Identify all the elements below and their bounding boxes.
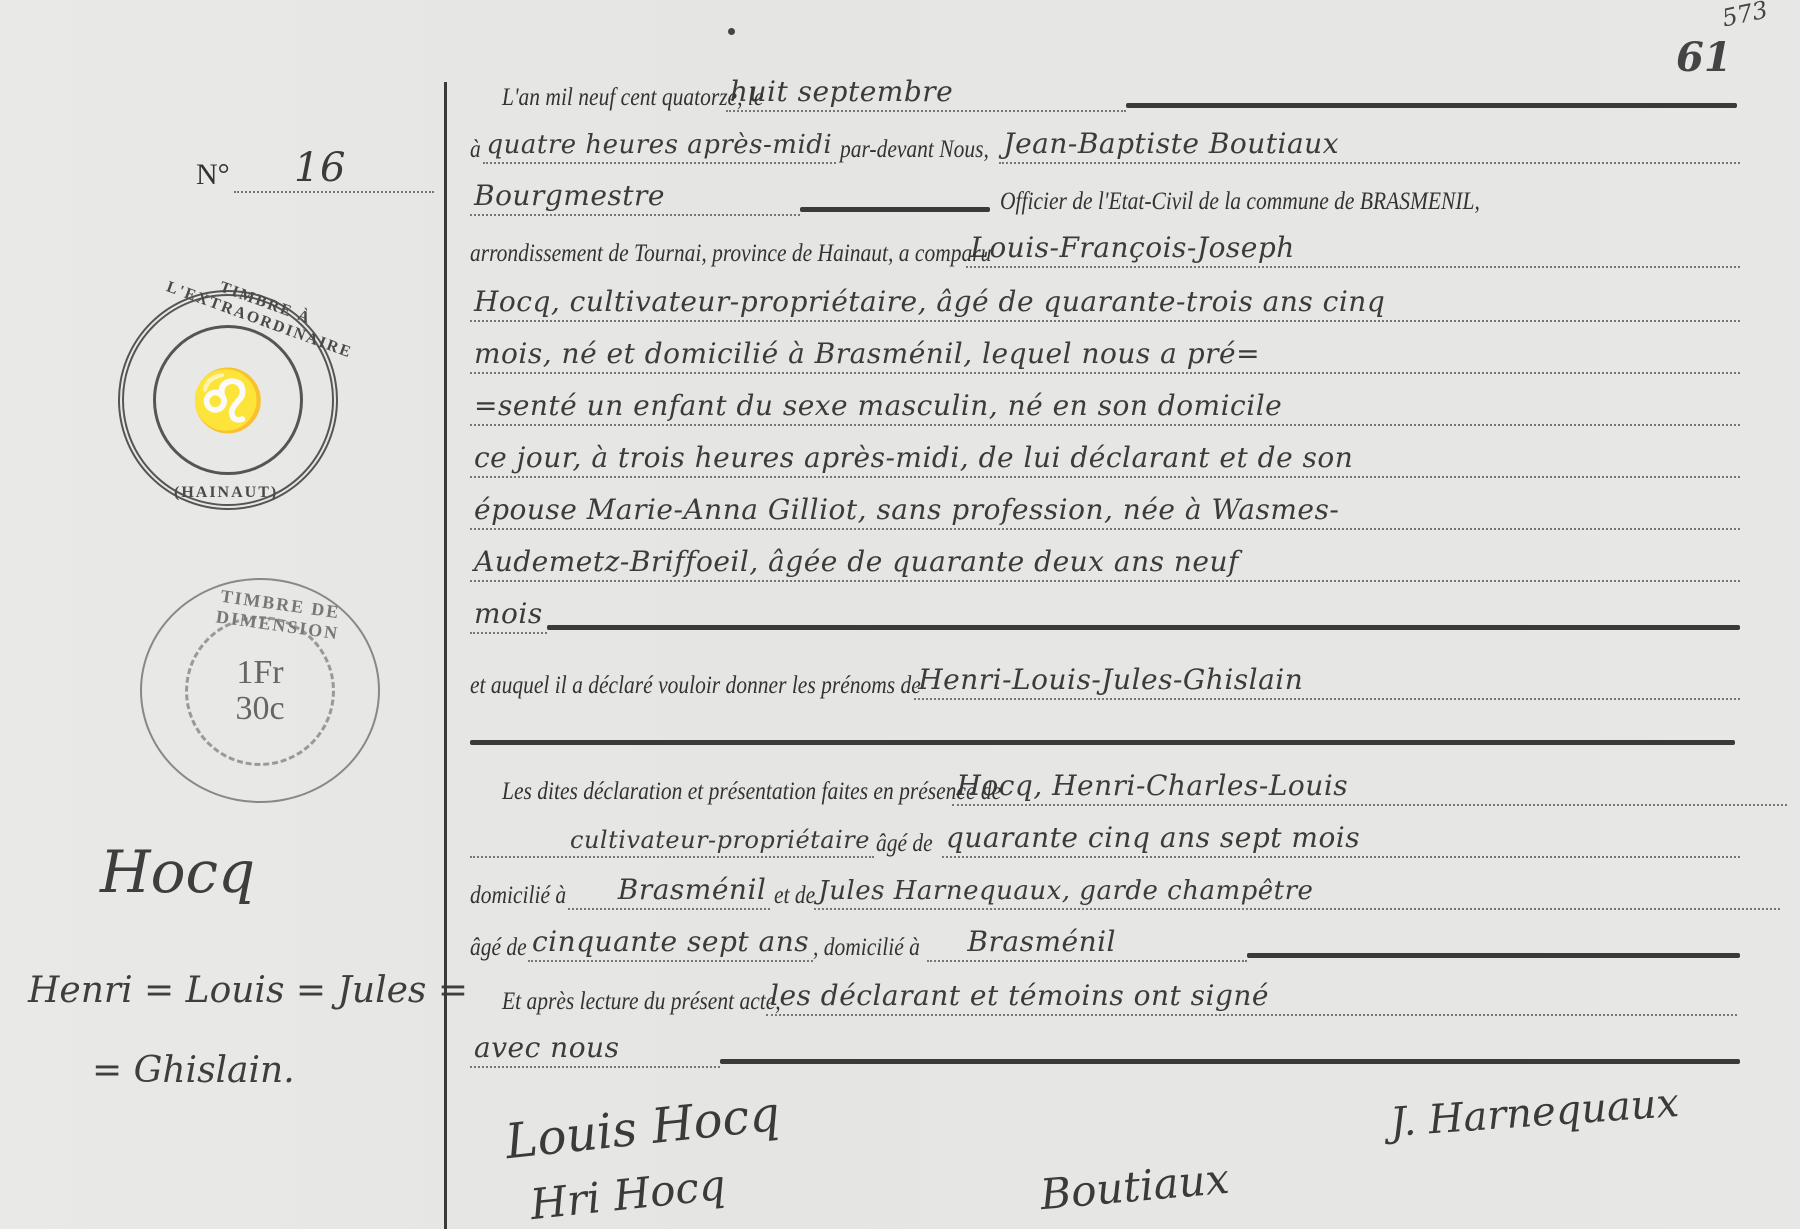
printed-text: L'an mil neuf cent quatorze, le [502, 84, 763, 112]
record-number-label: N° [196, 158, 230, 192]
signature-officer: Boutiaux [1038, 1154, 1231, 1219]
body-line-13: Les dites déclaration et présentation fa… [502, 766, 1787, 806]
seal-bottom-text: (HAINAUT) [174, 484, 278, 502]
margin-given-names-2: = Ghislain. [92, 1050, 295, 1091]
handwritten-text: mois, né et domicilié à Brasménil, leque… [470, 337, 1740, 374]
lion-icon: ♌ [153, 325, 303, 475]
fill-bar [800, 207, 990, 212]
handwritten-text: avec nous [470, 1031, 720, 1068]
body-line-16: âgé de cinquante sept ans , domicilié à … [470, 922, 1740, 962]
body-line-15: domicilié à Brasménil et de Jules Harneq… [470, 870, 1780, 910]
body-line-4: arrondissement de Tournai, province de H… [470, 228, 1740, 268]
handwritten-place: Brasménil [568, 873, 771, 910]
handwritten-age: cinquante sept ans [528, 925, 813, 962]
printed-text: et auquel il a déclaré vouloir donner le… [470, 672, 921, 700]
body-line-5: Hocq, cultivateur-propriétaire, âgé de q… [470, 282, 1740, 322]
body-line-6: mois, né et domicilié à Brasménil, leque… [470, 334, 1740, 374]
fill-bar [547, 625, 1740, 630]
stamp-value-centimes: 30c [235, 691, 284, 727]
handwritten-text: Audemetz-Briffoeil, âgée de quarante deu… [470, 545, 1740, 582]
stamp-value-francs: 1Fr [236, 655, 283, 691]
fill-bar [1247, 953, 1740, 958]
printed-text: domicilié à [470, 882, 566, 910]
body-line-7: =senté un enfant du sexe masculin, né en… [470, 386, 1740, 426]
margin-surname: Hocq [100, 838, 255, 906]
handwritten-text: Hocq, cultivateur-propriétaire, âgé de q… [470, 285, 1740, 322]
printed-text: et de [774, 882, 815, 910]
handwritten-witness1: Hocq, Henri-Charles-Louis [952, 769, 1787, 806]
handwritten-time: quatre heures après-midi [483, 130, 837, 164]
margin-given-names-1: Henri = Louis = Jules = [28, 970, 468, 1011]
printed-text: à [470, 136, 481, 164]
body-line-17: Et après lecture du présent acte, les dé… [502, 976, 1737, 1016]
printed-text: âgé de [876, 830, 933, 858]
handwritten-place: Brasménil [927, 925, 1247, 962]
section-rule [470, 740, 1735, 745]
body-line-1: L'an mil neuf cent quatorze, le huit sep… [502, 72, 1737, 112]
handwritten-declarant: Louis-François-Joseph [966, 231, 1740, 268]
handwritten-profession: cultivateur-propriétaire [470, 826, 874, 858]
handwritten-date: huit septembre [726, 75, 1126, 112]
fill-bar [1126, 103, 1737, 108]
fill-bar [720, 1059, 1740, 1064]
printed-text: âgé de [470, 934, 527, 962]
handwritten-text: ce jour, à trois heures après-midi, de l… [470, 441, 1740, 478]
handwritten-text: épouse Marie-Anna Gilliot, sans professi… [470, 493, 1740, 530]
folio-number: 573 [1720, 0, 1771, 32]
ink-dot [728, 28, 735, 35]
body-line-12: et auquel il a déclaré vouloir donner le… [470, 660, 1740, 700]
body-line-10: Audemetz-Briffoeil, âgée de quarante deu… [470, 542, 1740, 582]
handwritten-age: quarante cinq ans sept mois [942, 821, 1740, 858]
handwritten-text: les déclarant et témoins ont signé [766, 979, 1737, 1016]
body-line-11: mois [470, 594, 1740, 634]
body-line-8: ce jour, à trois heures après-midi, de l… [470, 438, 1740, 478]
signature-declarant: Louis Hocq [503, 1086, 783, 1170]
handwritten-given-names: Henri-Louis-Jules-Ghislain [914, 663, 1740, 700]
handwritten-officer-name: Jean-Baptiste Boutiaux [999, 127, 1740, 164]
margin-rule [444, 82, 447, 1229]
body-line-9: épouse Marie-Anna Gilliot, sans professi… [470, 490, 1740, 530]
handwritten-text: mois [470, 597, 547, 634]
handwritten-title: Bourgmestre [470, 179, 800, 216]
body-line-18: avec nous [470, 1028, 1740, 1068]
document-page: 573 61 N° 16 TIMBRE À L'EXTRAORDINAIRE ♌… [0, 0, 1800, 1229]
printed-text: Et après lecture du présent acte, [502, 988, 781, 1016]
printed-text: Les dites déclaration et présentation fa… [502, 778, 1001, 806]
printed-text: , domicilié à [813, 934, 920, 962]
body-line-14: cultivateur-propriétaire âgé de quarante… [470, 818, 1740, 858]
dimension-stamp: TIMBRE DE DIMENSION 1Fr 30c [140, 578, 380, 803]
printed-text: Officier de l'Etat-Civil de la commune d… [1000, 188, 1480, 216]
body-line-2: à quatre heures après-midi par-devant No… [470, 124, 1740, 164]
handwritten-witness2: Jules Harnequaux, garde champêtre [814, 876, 1780, 910]
signature-witness1: Hri Hocq [528, 1160, 728, 1229]
signature-witness2: J. Harnequaux [1389, 1080, 1681, 1146]
hainaut-seal: TIMBRE À L'EXTRAORDINAIRE ♌ (HAINAUT) [118, 290, 338, 510]
handwritten-text: =senté un enfant du sexe masculin, né en… [470, 389, 1740, 426]
printed-text: par-devant Nous, [840, 136, 989, 164]
printed-text: arrondissement de Tournai, province de H… [470, 240, 991, 268]
record-number: 16 [234, 145, 434, 193]
body-line-3: Bourgmestre Officier de l'Etat-Civil de … [470, 176, 1740, 216]
